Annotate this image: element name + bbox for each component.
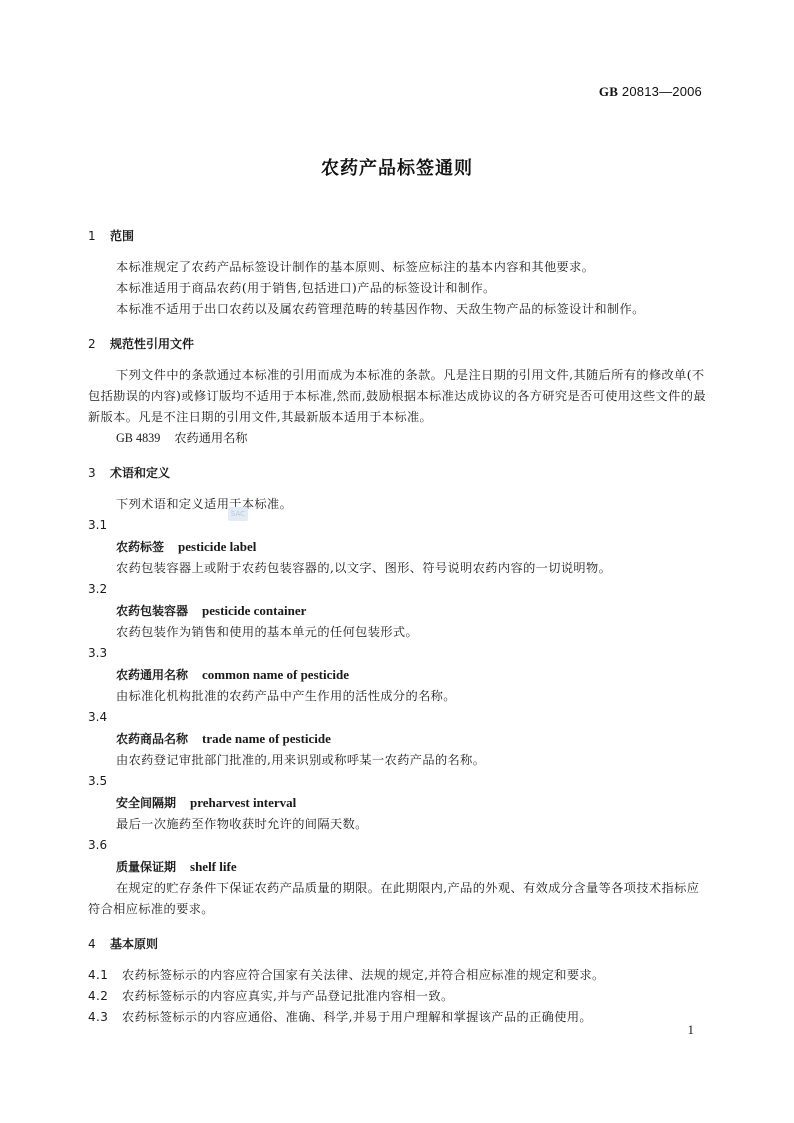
standard-code: GB 20813—2006: [599, 84, 702, 100]
term-definition: 农药包装容器上或附于农药包装容器的,以文字、图形、符号说明农药内容的一切说明物。: [88, 558, 710, 579]
paragraph: 下列文件中的条款通过本标准的引用而成为本标准的条款。凡是注日期的引用文件,其随后…: [88, 365, 710, 428]
document-title: 农药产品标签通则: [0, 154, 794, 180]
section-number: 4: [88, 934, 110, 955]
item-text: 农药标签标示的内容应符合国家有关法律、法规的规定,并符合相应标准的规定和要求。: [122, 968, 605, 982]
term-zh: 质量保证期: [116, 860, 176, 874]
principle-item: 4.2农药标签标示的内容应真实,并与产品登记批准内容相一致。: [88, 986, 710, 1007]
item-number: 4.3: [88, 1007, 122, 1028]
term-definition: 由标准化机构批准的农药产品中产生作用的活性成分的名称。: [88, 686, 710, 707]
principle-item: 4.3农药标签标示的内容应通俗、准确、科学,并易于用户理解和掌握该产品的正确使用…: [88, 1007, 710, 1028]
term-zh: 安全间隔期: [116, 796, 176, 810]
term-heading: 农药商品名称trade name of pesticide: [88, 728, 710, 750]
section-heading-2: 2规范性引用文件: [88, 334, 710, 355]
term-zh: 农药标签: [116, 540, 164, 554]
section-title: 规范性引用文件: [110, 337, 194, 351]
paragraph: 本标准不适用于出口农药以及属农药管理范畴的转基因作物、天敌生物产品的标签设计和制…: [88, 299, 710, 320]
item-text: 农药标签标示的内容应通俗、准确、科学,并易于用户理解和掌握该产品的正确使用。: [122, 1010, 592, 1024]
item-number: 4.1: [88, 965, 122, 986]
reference-name: 农药通用名称: [174, 431, 247, 445]
section-number: 1: [88, 226, 110, 247]
section-heading-4: 4基本原则: [88, 934, 710, 955]
term-zh: 农药通用名称: [116, 668, 188, 682]
section-title: 基本原则: [110, 937, 158, 951]
item-text: 农药标签标示的内容应真实,并与产品登记批准内容相一致。: [122, 989, 454, 1003]
watermark-logo: SAC: [228, 507, 248, 521]
term-en: common name of pesticide: [202, 667, 349, 682]
principle-item: 4.1农药标签标示的内容应符合国家有关法律、法规的规定,并符合相应标准的规定和要…: [88, 965, 710, 986]
term-en: preharvest interval: [190, 795, 296, 810]
clause-number: 3.6: [88, 835, 710, 856]
paragraph: 下列术语和定义适用于本标准。: [88, 494, 710, 515]
paragraph: 本标准规定了农药产品标签设计制作的基本原则、标签应标注的基本内容和其他要求。: [88, 257, 710, 278]
paragraph: 本标准适用于商品农药(用于销售,包括进口)产品的标签设计和制作。: [88, 278, 710, 299]
term-en: pesticide container: [202, 603, 306, 618]
term-definition: 由农药登记审批部门批准的,用来识别或称呼某一农药产品的名称。: [88, 750, 710, 771]
clause-number: 3.1: [88, 515, 710, 536]
section-number: 2: [88, 334, 110, 355]
term-definition: 最后一次施药至作物收获时允许的间隔天数。: [88, 814, 710, 835]
section-heading-3: 3术语和定义: [88, 463, 710, 484]
term-en: trade name of pesticide: [202, 731, 331, 746]
term-zh: 农药包装容器: [116, 604, 188, 618]
section-number: 3: [88, 463, 110, 484]
item-number: 4.2: [88, 986, 122, 1007]
section-title: 术语和定义: [110, 466, 170, 480]
clause-number: 3.5: [88, 771, 710, 792]
standard-prefix: GB: [599, 84, 618, 99]
reference-code: GB 4839: [116, 431, 160, 445]
term-heading: 质量保证期shelf life: [88, 856, 710, 878]
document-body: 1范围 本标准规定了农药产品标签设计制作的基本原则、标签应标注的基本内容和其他要…: [88, 226, 710, 1028]
clause-number: 3.3: [88, 643, 710, 664]
term-heading: 安全间隔期preharvest interval: [88, 792, 710, 814]
section-heading-1: 1范围: [88, 226, 710, 247]
term-definition: 农药包装作为销售和使用的基本单元的任何包装形式。: [88, 622, 710, 643]
term-heading: 农药标签pesticide label: [88, 536, 710, 558]
term-definition: 在规定的贮存条件下保证农药产品质量的期限。在此期限内,产品的外观、有效成分含量等…: [88, 878, 710, 920]
term-zh: 农药商品名称: [116, 732, 188, 746]
term-heading: 农药包装容器pesticide container: [88, 600, 710, 622]
page-number: 1: [688, 1022, 695, 1038]
clause-number: 3.2: [88, 579, 710, 600]
term-en: shelf life: [190, 859, 237, 874]
standard-number: 20813—2006: [622, 84, 702, 99]
section-title: 范围: [110, 229, 134, 243]
clause-number: 3.4: [88, 707, 710, 728]
document-page: GB 20813—2006 农药产品标签通则 1范围 本标准规定了农药产品标签设…: [0, 0, 794, 1123]
term-heading: 农药通用名称common name of pesticide: [88, 664, 710, 686]
term-en: pesticide label: [178, 539, 256, 554]
normative-reference: GB 4839农药通用名称: [88, 428, 710, 449]
